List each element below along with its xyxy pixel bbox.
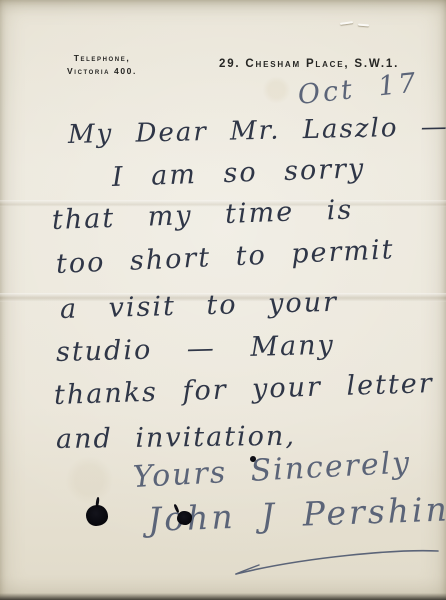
body-line: thanks for your letter (54, 370, 435, 409)
body-line: and invitation, (56, 423, 296, 453)
body-line: I am so sorry (112, 155, 366, 191)
ink-blot-small (177, 511, 192, 525)
letter-page: Telephone, Victoria 400. 29. Chesham Pla… (0, 0, 446, 600)
body-line: a visit to your (60, 289, 339, 323)
letterhead-telephone-line1: Telephone, (50, 52, 154, 65)
paper-bottom-edge-shadow (0, 593, 446, 600)
letterhead-telephone-line2: Victoria 400. (50, 65, 154, 78)
paper-crease-mark (340, 21, 353, 25)
letterhead-address: 29. Chesham Place, S.W.1. (219, 58, 399, 70)
ink-dot (250, 456, 256, 462)
paper-crease-mark (358, 24, 369, 27)
ink-blot-large (86, 505, 108, 526)
salutation-line: My Dear Mr. Laszlo — (68, 114, 446, 148)
signature: John J Pershing (147, 492, 446, 536)
body-line: studio — Many (56, 332, 335, 366)
body-line: too short to permit (55, 236, 395, 278)
handwritten-date: Oct 17 (297, 69, 420, 109)
closing-line: Yours Sincerely (132, 448, 412, 493)
letterhead-telephone: Telephone, Victoria 400. (50, 52, 154, 78)
